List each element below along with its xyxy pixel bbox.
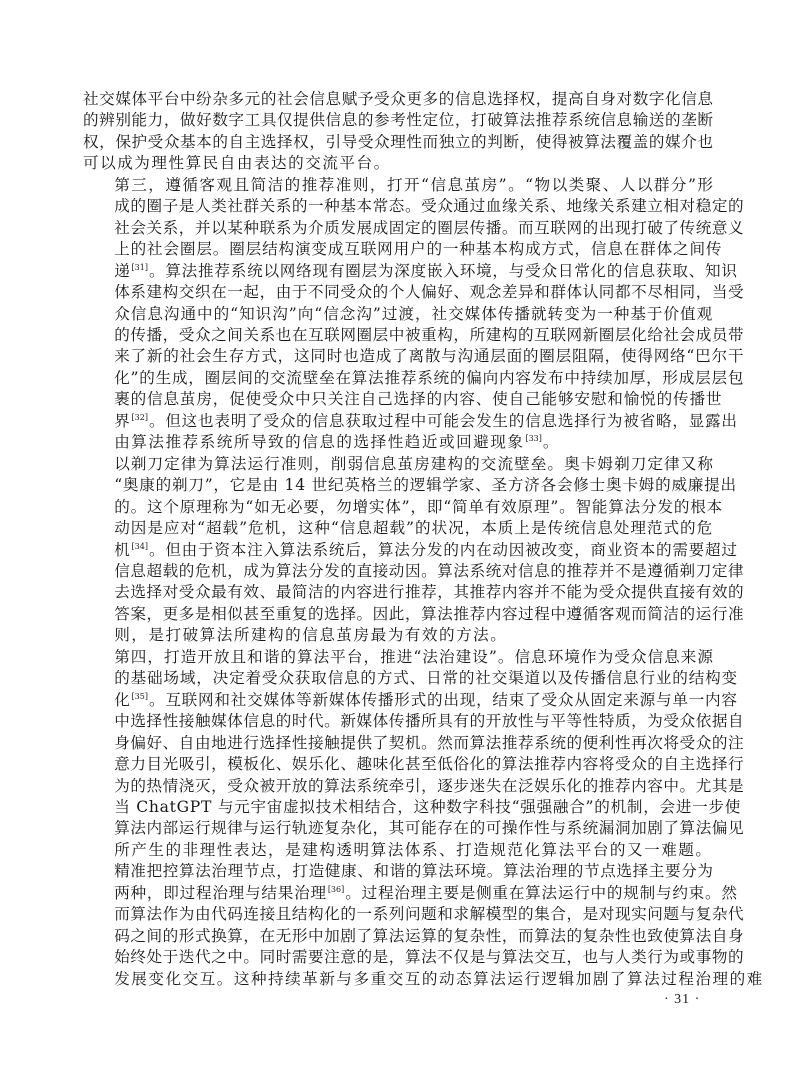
text-line: 答案，更多是相似甚至重复的选择。因此，算法推荐内容过程中遵循客观而简洁的运行准: [83, 604, 713, 625]
text-line: 码之间的形式换算，在无形中加剧了算法运算的复杂性，而算法的复杂性也致使算法自身: [83, 926, 713, 947]
text-line: 机[34]。但由于资本注入算法系统后，算法分发的内在动因被改变，商业资本的需要超…: [83, 540, 713, 561]
text-line: 始终处于迭代之中。同时需要注意的是，算法不仅是与算法交互，也与人类行为或事物的: [83, 947, 713, 968]
text-line: 权，保护受众基本的自主选择权，引导受众理性而独立的判断，使得被算法覆盖的媒介也: [83, 132, 713, 153]
text-line: 递[31]。算法推荐系统以网络现有圈层为深度嵌入环境，与受众日常化的信息获取、知…: [83, 261, 713, 282]
text-line: 算法内部运行规律与运行轨迹复杂化，其可能存在的可操作性与系统漏洞加剧了算法偏见: [83, 818, 713, 839]
paragraph: 第四，打造开放且和谐的算法平台，推进“法治建设”。信息环境作为受众信息来源的基础…: [83, 647, 713, 862]
citation-ref: [32]: [132, 413, 148, 422]
text-line: 中选择性接触媒体信息的时代。新媒体传播所具有的开放性与平等性特质，为受众依据自: [83, 711, 713, 732]
text-line: 第三，遵循客观且简洁的推荐准则，打开“信息茧房”。“物以类聚、人以群分”形: [83, 175, 713, 196]
text-line: 以剃刀定律为算法运行准则，削弱信息茧房建构的交流壁垒。奥卡姆剃刀定律又称: [83, 454, 713, 475]
text-line: 社会关系，并以某种联系为介质发展成固定的圈层传播。而互联网的出现打破了传统意义: [83, 218, 713, 239]
text-line: 第四，打造开放且和谐的算法平台，推进“法治建设”。信息环境作为受众信息来源: [83, 647, 713, 668]
text-line: 可以成为理性算民自由表达的交流平台。: [83, 153, 713, 174]
citation-ref: [33]: [525, 434, 541, 443]
document-body: 社交媒体平台中纷杂多元的社会信息赋予受众更多的信息选择权，提高自身对数字化信息的…: [83, 89, 713, 990]
text-segment: 。算法推荐系统以网络现有圈层为深度嵌入环境，与受众日常化的信息获取、知识: [149, 262, 738, 280]
text-segment: 。但由于资本注入算法系统后，算法分发的内在动因被改变，商业资本的需要超过: [149, 541, 738, 559]
text-line: 化”的生成，圈层间的交流壁垒在算法推荐系统的偏向内容发布中持续加厚，形成层层包: [83, 368, 713, 389]
text-line: 由算法推荐系统所导致的信息的选择性趋近或回避现象[33]。: [83, 432, 713, 453]
text-line: 为的热情浇灭，受众被开放的算法系统牵引，逐步迷失在泛娱乐化的推荐内容中。尤其是: [83, 776, 713, 797]
text-segment: 化: [114, 691, 130, 709]
text-line: 裹的信息茧房，促使受众中只关注自己选择的内容、使自己能够安慰和愉悦的传播世: [83, 389, 713, 410]
text-line: 精准把控算法治理节点，打造健康、和谐的算法环境。算法治理的节点选择主要分为: [83, 861, 713, 882]
text-line: 的辨别能力，做好数字工具仅提供信息的参考性定位，打破算法推荐系统信息输送的垄断: [83, 110, 713, 131]
text-line: 当 ChatGPT 与元宇宙虚拟技术相结合，这种数字科技“强强融合”的机制，会进…: [83, 797, 713, 818]
text-line: 去选择对受众最有效、最简洁的内容进行推荐，其推荐内容并不能为受众提供直接有效的: [83, 582, 713, 603]
text-line: 社交媒体平台中纷杂多元的社会信息赋予受众更多的信息选择权，提高自身对数字化信息: [83, 89, 713, 110]
text-line: 信息超载的危机，成为算法分发的直接动因。算法系统对信息的推荐并不是遵循剃刀定律: [83, 561, 713, 582]
text-line: 体系建构交织在一起，由于不同受众的个人偏好、观念差异和群体认同都不尽相同，当受: [83, 282, 713, 303]
citation-ref: [34]: [132, 542, 148, 551]
page-number: · 31 ·: [664, 992, 700, 1008]
text-line: 身偏好、自由地进行选择性接触提供了契机。然而算法推荐系统的便利性再次将受众的注: [83, 733, 713, 754]
text-line: 发展变化交互。这种持续革新与多重交互的动态算法运行逻辑加剧了算法过程治理的难: [83, 969, 713, 990]
text-segment: 界: [114, 412, 130, 430]
citation-ref: [36]: [328, 885, 344, 894]
text-line: 众信息沟通中的“知识沟”向“信念沟”过渡，社交媒体传播就转变为一种基于价值观: [83, 304, 713, 325]
text-segment: 。互联网和社交媒体等新媒体传播形式的出现，结束了受众从固定来源与单一内容: [149, 691, 738, 709]
text-line: 上的社会圈层。圈层结构演变成互联网用户的一种基本构成方式，信息在群体之间传: [83, 239, 713, 260]
text-segment: 递: [114, 262, 130, 280]
citation-ref: [31]: [132, 263, 148, 272]
text-segment: 由算法推荐系统所导致的信息的选择性趋近或回避现象: [114, 433, 524, 451]
text-line: “奥康的剃刀”，它是由 14 世纪英格兰的逻辑学家、圣方济各会修士奥卡姆的威廉提…: [83, 475, 713, 496]
text-line: 而算法作为由代码连接且结构化的一系列问题和求解模型的集合，是对现实问题与复杂代: [83, 904, 713, 925]
paragraph: 第三，遵循客观且简洁的推荐准则，打开“信息茧房”。“物以类聚、人以群分”形成的圈…: [83, 175, 713, 454]
text-line: 意力目光吸引，模板化、娱乐化、趣味化甚至低俗化的算法推荐内容将受众的自主选择行: [83, 754, 713, 775]
paragraph: 精准把控算法治理节点，打造健康、和谐的算法环境。算法治理的节点选择主要分为两种，…: [83, 861, 713, 990]
text-segment: 。: [543, 433, 560, 451]
text-line: 动因是应对“超载”危机，这种“信息超载”的状况，本质上是传统信息处理范式的危: [83, 518, 713, 539]
text-segment: 。过程治理主要是侧重在算法运行中的规制与约束。然: [345, 884, 738, 902]
text-line: 所产生的非理性表达，是建构透明算法体系、打造规范化算法平台的又一难题。: [83, 840, 713, 861]
text-segment: 两种，即过程治理与结果治理: [114, 884, 327, 902]
text-line: 界[32]。但这也表明了受众的信息获取过程中可能会发生的信息选择行为被省略，显露…: [83, 411, 713, 432]
citation-ref: [35]: [132, 692, 148, 701]
text-line: 成的圈子是人类社群关系的一种基本常态。受众通过血缘关系、地缘关系建立相对稳定的: [83, 196, 713, 217]
paragraph: 社交媒体平台中纷杂多元的社会信息赋予受众更多的信息选择权，提高自身对数字化信息的…: [83, 89, 713, 175]
text-line: 则，是打破算法所建构的信息茧房最为有效的方法。: [83, 625, 713, 646]
text-line: 的传播，受众之间关系也在互联网圈层中被重构，所建构的互联网新圈层化给社会成员带: [83, 325, 713, 346]
text-line: 两种，即过程治理与结果治理[36]。过程治理主要是侧重在算法运行中的规制与约束。…: [83, 883, 713, 904]
text-segment: 。但这也表明了受众的信息获取过程中可能会发生的信息选择行为被省略，显露出: [149, 412, 738, 430]
text-line: 化[35]。互联网和社交媒体等新媒体传播形式的出现，结束了受众从固定来源与单一内…: [83, 690, 713, 711]
text-line: 来了新的社会生存方式，这同时也造成了离散与沟通层面的圈层阻隔，使得网络“巴尔干: [83, 346, 713, 367]
text-line: 的基础场域，决定着受众获取信息的方式、日常的社交渠道以及传播信息行业的结构变: [83, 668, 713, 689]
text-line: 的。这个原理称为“如无必要，勿增实体”，即“简单有效原理”。智能算法分发的根本: [83, 497, 713, 518]
text-segment: 机: [114, 541, 130, 559]
paragraph: 以剃刀定律为算法运行准则，削弱信息茧房建构的交流壁垒。奥卡姆剃刀定律又称“奥康的…: [83, 454, 713, 647]
